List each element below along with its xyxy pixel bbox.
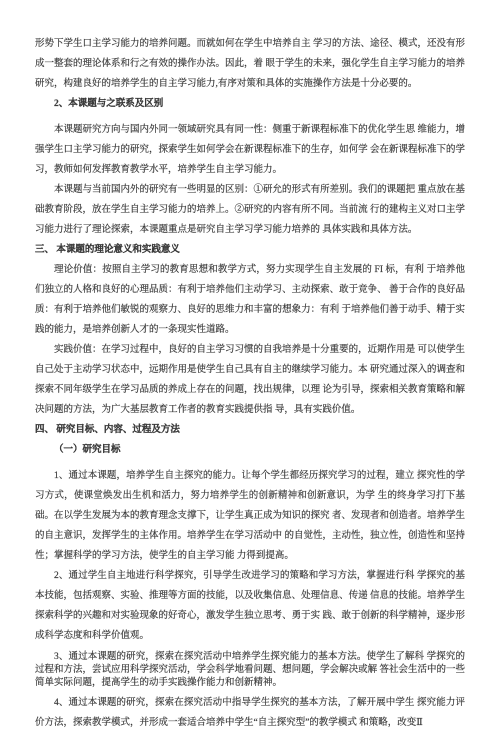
paragraph: 理论价值：按照自主学习的教育思想和教学方式，努力实现学生自主发展的 FI 标，有… [35,260,465,340]
paragraph: 三、 本课题的理论意义和实践意义 [35,240,465,260]
paragraph: 1、通过本课题，培养学生自主探究的能力。让每个学生都经历探究学习的过程，建立 探… [35,466,465,566]
paragraph: 2、本课题与之联系及区别 [35,94,465,114]
paragraph: 2、通过学生自主地进行科学探究，引导学生改进学习的策略和学习方法，掌握进行科 学… [35,566,465,646]
paragraph: 形势下学生口主学习能力的培养问题。而就如何在学生中培养自主 学习的方法、途径、模… [35,34,465,94]
paragraph: 本课题与当前国内外的研究有一些明显的区别：①研允的形式有所差别。我们的课题把 重… [35,180,465,240]
paragraph: 4、通过本课题的研究，探索在探究活动中指导学生探究的基本方法，了解开展中学生 探… [35,693,465,733]
paragraph: 3、通过本课题的研究，探索在探究活动中培养学生探究能力的基本方法。使学生了解科 … [35,651,465,690]
document-page: 形势下学生口主学习能力的培养问题。而就如何在学生中培养自主 学习的方法、途径、模… [0,0,500,739]
document-text-area: 形势下学生口主学习能力的培养问题。而就如何在学生中培养自主 学习的方法、途径、模… [35,34,465,733]
paragraph: 实践价值：在学习过程中，良好的自主学习习惯的自我培养是十分重要的，近期作用是 可… [35,340,465,420]
paragraph: 本课题研究方向与国内外同一领域研究具有同一性：侧重于新课程标准下的优化学生思 维… [35,120,465,180]
paragraph: （一）研究目标 [35,440,465,460]
paragraph: 四、 研究目标、内容、过程及方法 [35,420,465,440]
